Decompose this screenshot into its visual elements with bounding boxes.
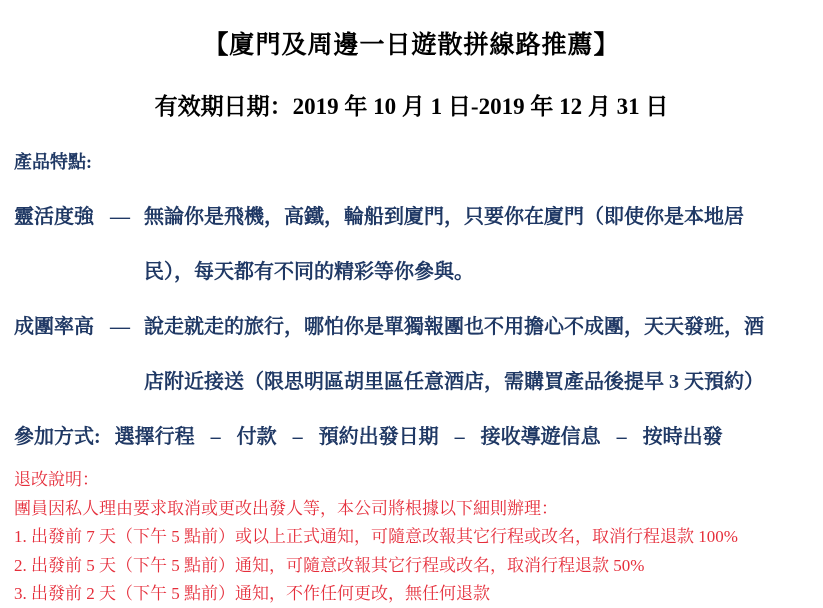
feature-text: 說走就走的旅行，哪怕你是單獨報團也不用擔心不成團，天天發班，酒 店附近接送（限思… [144,300,809,410]
features-heading: 產品特點: [14,135,809,190]
document-page: 【廈門及周邊一日遊散拼線路推薦】 有效期日期：2019 年 10 月 1 日-2… [0,0,823,608]
participation-steps-line: 參加方式:選擇行程–付款–預約出發日期–接收導遊信息–按時出發 [14,410,809,465]
feature-label: 成團率高 [14,300,96,355]
page-title: 【廈門及周邊一日遊散拼線路推薦】 [0,0,823,61]
feature-text-line: 民），每天都有不同的精彩等你參與。 [144,245,809,300]
refund-intro: 團員因私人理由要求取消或更改出發人等，本公司將根據以下細則辦理： [14,495,809,524]
validity-date-line: 有效期日期：2019 年 10 月 1 日-2019 年 12 月 31 日 [0,88,823,121]
participation-label: 參加方式: [14,426,101,448]
step-separator: – [617,426,627,448]
participation-step: 接收導遊信息 [481,426,601,448]
participation-step: 付款 [237,426,277,448]
feature-row-group-rate: 成團率高 — 說走就走的旅行，哪怕你是單獨報團也不用擔心不成團，天天發班，酒 店… [14,300,809,410]
feature-text-line: 無論你是飛機，高鐵，輪船到廈門，只要你在廈門（即使你是本地居 [144,190,809,245]
feature-label: 靈活度強 [14,190,96,245]
step-separator: – [293,426,303,448]
feature-text: 無論你是飛機，高鐵，輪船到廈門，只要你在廈門（即使你是本地居 民），每天都有不同… [144,190,809,300]
participation-step: 預約出發日期 [319,426,439,448]
step-separator: – [211,426,221,448]
feature-dash: — [96,300,144,355]
refund-rule: 3. 出發前 2 天（下午 5 點前）通知，不作任何更改，無任何退款 [14,580,809,608]
feature-dash: — [96,190,144,245]
participation-step: 按時出發 [643,426,723,448]
feature-text-line: 店附近接送（限思明區胡里區任意酒店，需購買產品後提早 3 天預約） [144,355,809,410]
product-features-section: 產品特點: 靈活度強 — 無論你是飛機，高鐵，輪船到廈門，只要你在廈門（即使你是… [0,135,823,465]
participation-step: 選擇行程 [115,426,195,448]
refund-heading: 退改說明： [14,466,809,495]
step-separator: – [455,426,465,448]
feature-row-flexibility: 靈活度強 — 無論你是飛機，高鐵，輪船到廈門，只要你在廈門（即使你是本地居 民）… [14,190,809,300]
refund-rule: 1. 出發前 7 天（下午 5 點前）或以上正式通知，可隨意改報其它行程或改名，… [14,523,809,552]
feature-text-line: 說走就走的旅行，哪怕你是單獨報團也不用擔心不成團，天天發班，酒 [144,300,809,355]
refund-rule: 2. 出發前 5 天（下午 5 點前）通知，可隨意改報其它行程或改名，取消行程退… [14,552,809,581]
refund-policy-section: 退改說明： 團員因私人理由要求取消或更改出發人等，本公司將根據以下細則辦理： 1… [0,466,823,608]
